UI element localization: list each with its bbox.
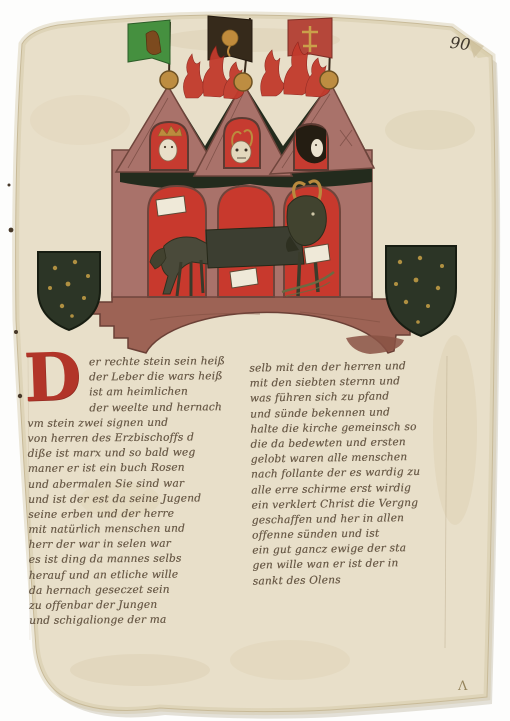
manuscript-page-scan: 90 D er rechte stein sein heiß der Leber… [0, 0, 510, 721]
scroll-left [156, 196, 186, 216]
folio-number: 90 [449, 33, 472, 54]
right-text-column: selb mit den der herren und mit den sieb… [249, 359, 455, 590]
text-line: und schigalionge der ma [29, 613, 243, 630]
text-line: sankt des Olens [253, 572, 455, 590]
text-line: der weelte und hernach [89, 401, 241, 418]
quire-corner-mark: Λ [458, 679, 467, 694]
upper-windows [150, 118, 328, 170]
scroll-center [230, 268, 258, 288]
text-line: ist am heimlichen [89, 385, 241, 402]
left-text-column: er rechte stein sein heiß der Leber die … [27, 355, 243, 630]
black-flag-charge [222, 30, 238, 46]
scroll-right [304, 244, 330, 264]
text-line: der Leber die wars heiß [89, 370, 241, 387]
text-line: er rechte stein sein heiß [89, 355, 241, 372]
